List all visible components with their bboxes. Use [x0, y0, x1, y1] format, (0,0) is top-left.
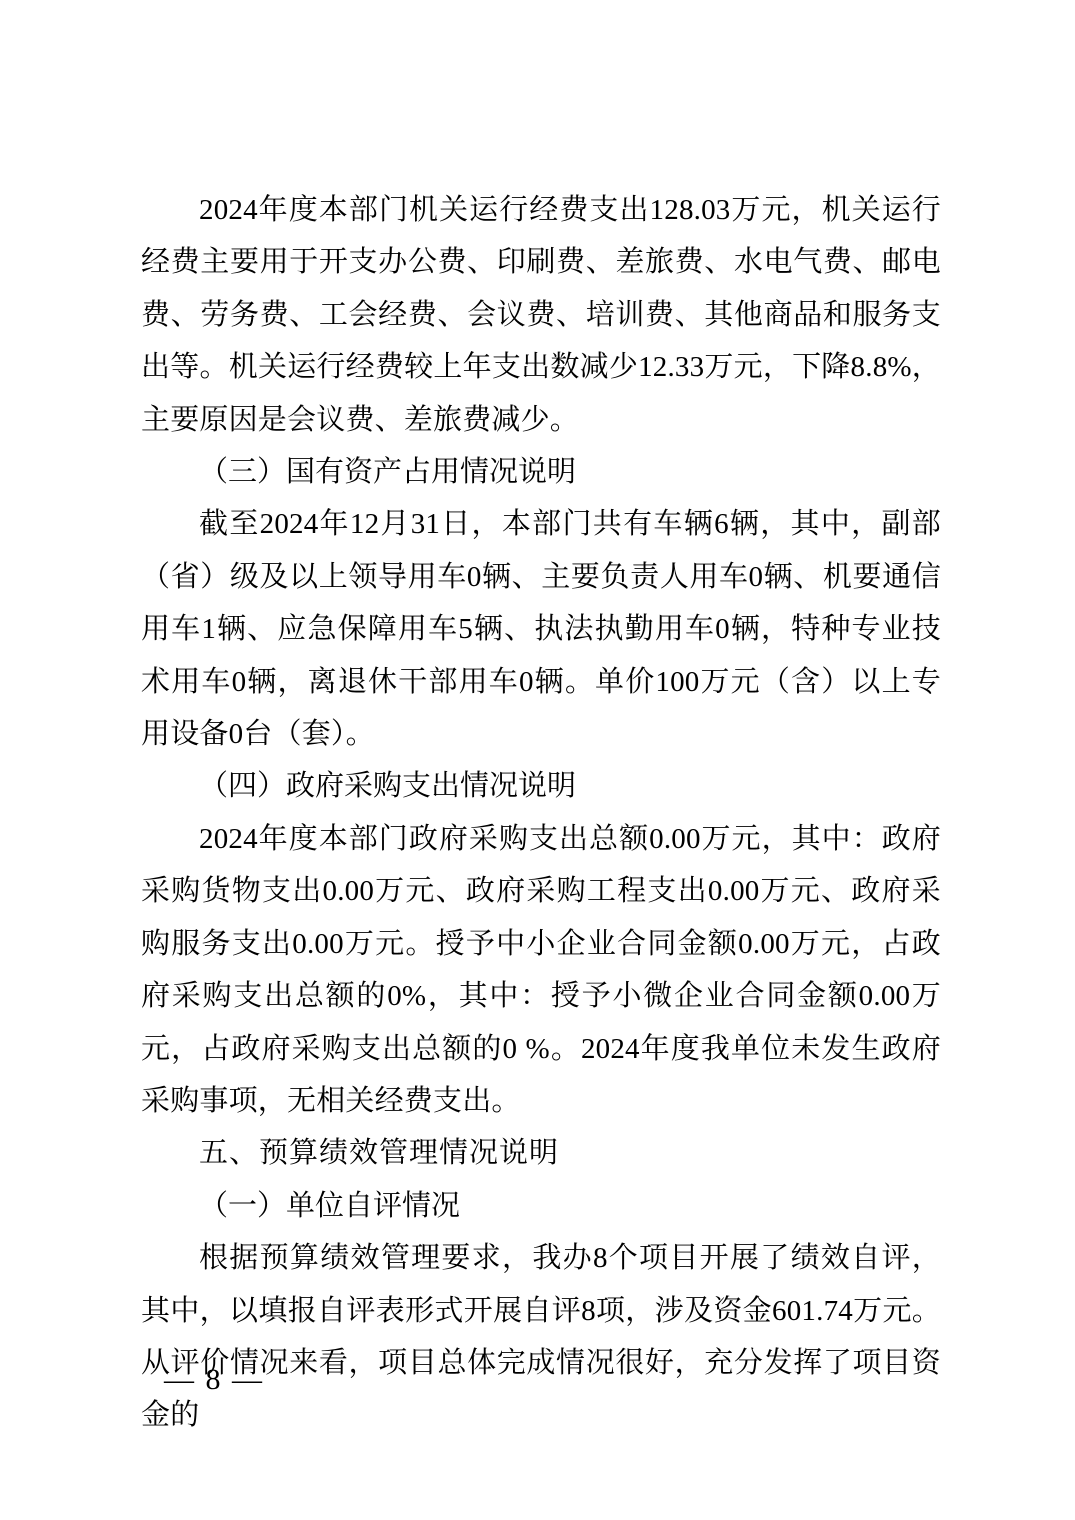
page-number: — 8 — [164, 1363, 264, 1397]
document-page: 2024年度本部门机关运行经费支出128.03万元，机关运行经费主要用于开支办公… [0, 0, 1075, 1520]
document-body: 2024年度本部门机关运行经费支出128.03万元，机关运行经费主要用于开支办公… [141, 184, 941, 1442]
heading-budget-performance-management: 五、预算绩效管理情况说明 [141, 1127, 941, 1179]
heading-state-assets-occupancy: （三）国有资产占用情况说明 [141, 446, 941, 498]
heading-government-procurement: （四）政府采购支出情况说明 [141, 760, 941, 812]
paragraph-government-procurement: 2024年度本部门政府采购支出总额0.00万元，其中：政府采购货物支出0.00万… [141, 813, 941, 1127]
paragraph-unit-self-evaluation: 根据预算绩效管理要求，我办8个项目开展了绩效自评，其中，以填报自评表形式开展自评… [141, 1232, 941, 1442]
paragraph-agency-operating-costs: 2024年度本部门机关运行经费支出128.03万元，机关运行经费主要用于开支办公… [141, 184, 941, 446]
heading-unit-self-evaluation: （一）单位自评情况 [141, 1180, 941, 1232]
paragraph-state-assets-occupancy: 截至2024年12月31日，本部门共有车辆6辆，其中，副部（省）级及以上领导用车… [141, 498, 941, 760]
